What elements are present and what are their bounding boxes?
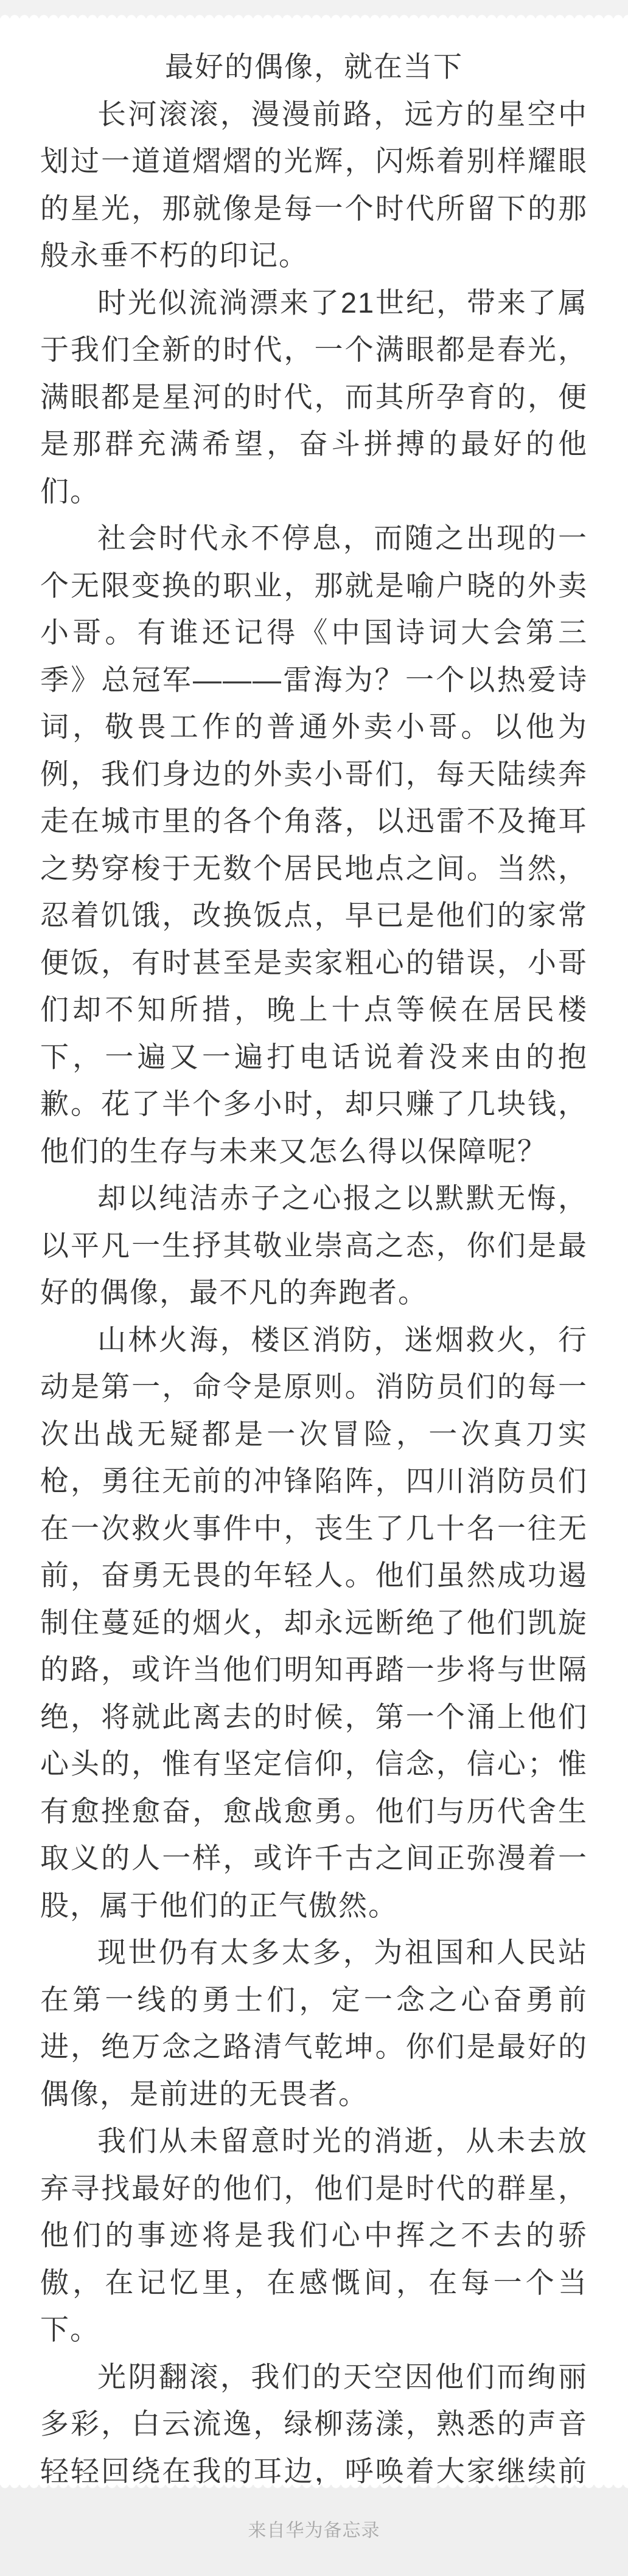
body-paragraph: 现世仍有太多太多，为祖国和人民站在第一线的勇士们，定一念之心奋勇前进，绝万念之路… [40,1929,588,2117]
top-gray-band [0,0,628,13]
note-title: 最好的偶像，就在当下 [40,43,588,91]
footer-source-label: 来自华为备忘录 [248,2521,380,2541]
torn-scallop-top-icon [0,13,628,18]
footer-gray-band: 来自华为备忘录 [0,2490,628,2576]
body-paragraph: 山林火海，楼区消防，迷烟救火，行动是第一，命令是原则。消防员们的每一次出战无疑都… [40,1316,588,1929]
body-paragraph: 长河滚滚，漫漫前路，远方的星空中划过一道道熠熠的光辉，闪烁着别样耀眼的星光，那就… [40,91,588,279]
body-paragraph: 却以纯洁赤子之心报之以默默无悔，以平凡一生抒其敬业崇高之态，你们是最好的偶像，最… [40,1175,588,1316]
body-paragraph: 时光似流淌漂来了21世纪，带来了属于我们全新的时代，一个满眼都是春光，满眼都是星… [40,279,588,515]
body-paragraph: 社会时代永不停息，而随之出现的一个无限变换的职业，那就是喻户晓的外卖小哥。有谁还… [40,515,588,1175]
torn-scallop-bottom-icon [0,2485,628,2490]
memo-note-body: 最好的偶像，就在当下 长河滚滚，漫漫前路，远方的星空中划过一道道熠熠的光辉，闪烁… [0,18,628,2542]
memo-footer: 来自华为备忘录 [0,2485,628,2576]
note-paragraphs: 长河滚滚，漫漫前路，远方的星空中划过一道道熠熠的光辉，闪烁着别样耀眼的星光，那就… [40,91,588,2542]
torn-edge-top [0,0,628,18]
body-paragraph: 我们从未留意时光的消逝，从未去放弃寻找最好的他们，他们是时代的群星，他们的事迹将… [40,2117,588,2353]
